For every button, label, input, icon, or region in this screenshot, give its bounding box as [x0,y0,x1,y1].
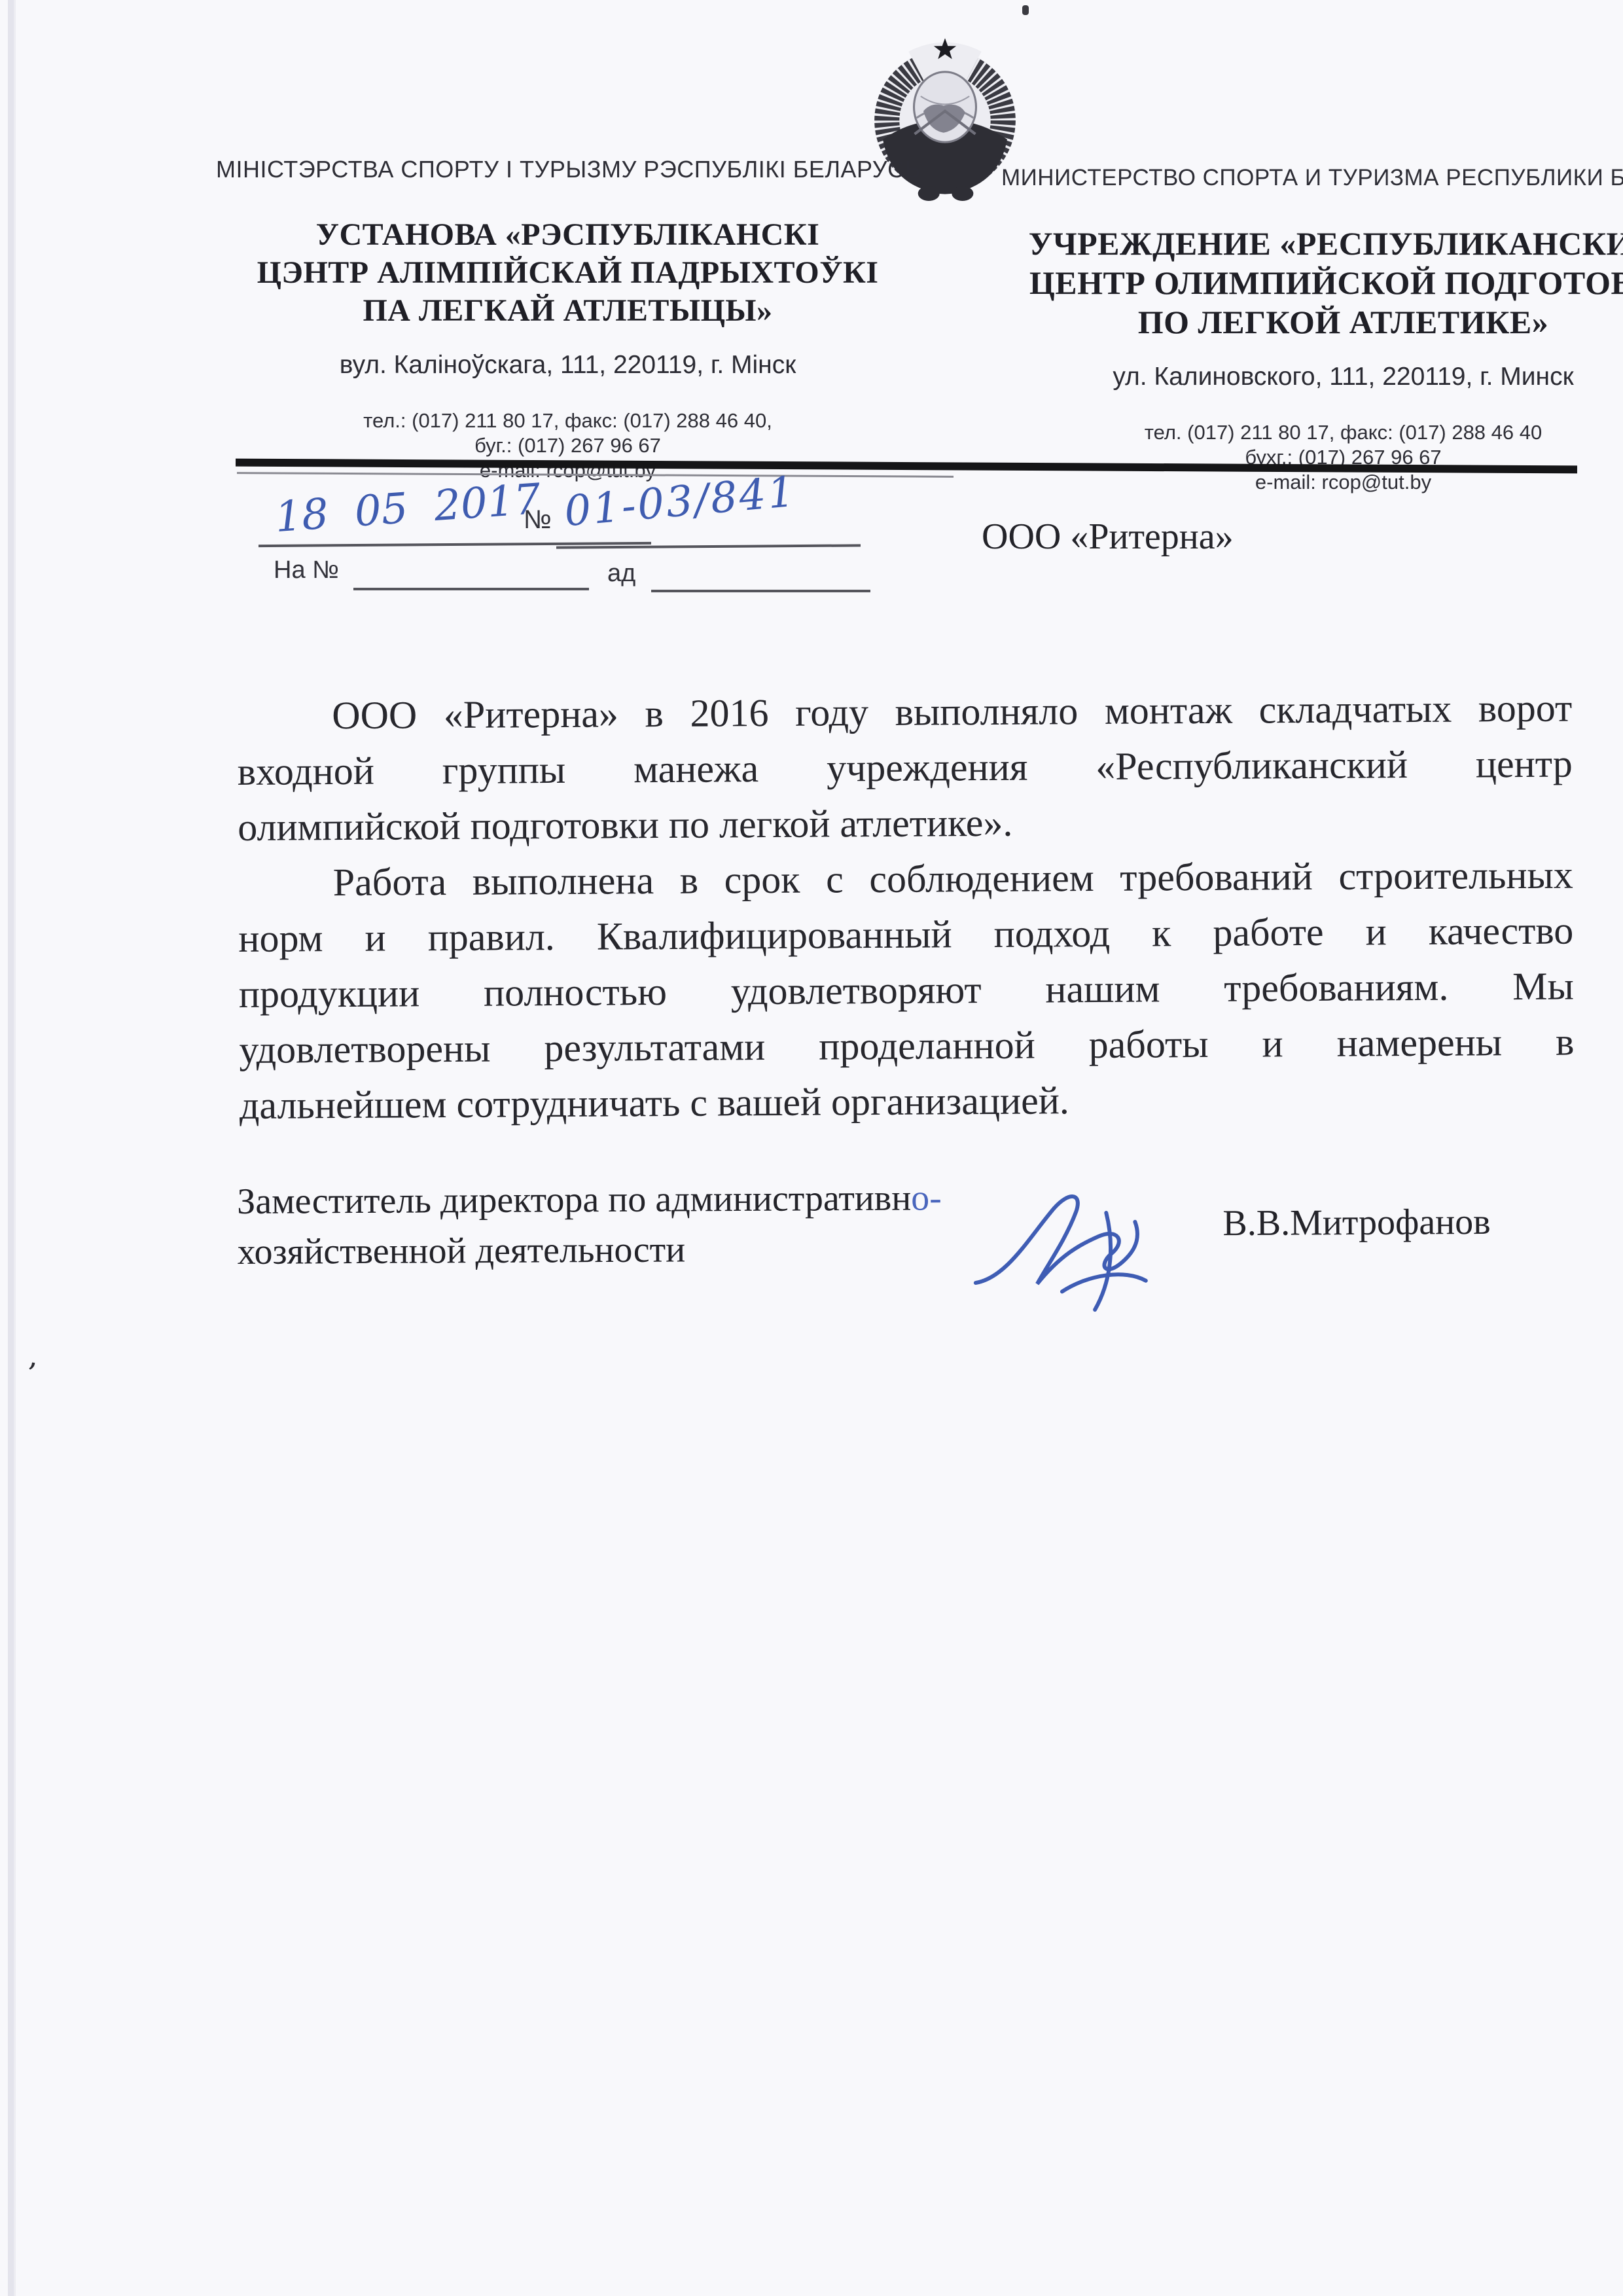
letterhead-left-column: МІНІСТЭРСТВА СПОРТУ І ТУРЫЗМУ РЭСПУБЛІКІ… [216,156,919,483]
body-line: удовлетворены результатами проделанной р… [239,1014,1574,1078]
contacts-ru: тел. (017) 211 80 17, факс: (017) 288 46… [1001,420,1623,495]
ministry-line-ru: МИНИСТЕРСТВО СПОРТА И ТУРИЗМА РЕСПУБЛИКИ… [1001,165,1623,191]
ink-speck-margin: ’ [24,1355,38,1392]
handwritten-date: 18 05 2017 [274,475,543,542]
email-line: e-mail: rcop@tut.by [1001,470,1623,495]
handwritten-signature [970,1178,1193,1323]
scan-edge-artifact [8,0,14,2296]
accounting-phone-line: буг.: (017) 267 96 67 [216,433,919,458]
body-line: ООО «Ритерна» в 2016 году выполняло монт… [237,681,1572,744]
recipient-name: ООО «Ритерна» [982,516,1234,558]
org-line: ПО ЛЕГКОЙ АТЛЕТИКЕ» [1001,302,1623,342]
ministry-line-by: МІНІСТЭРСТВА СПОРТУ І ТУРЫЗМУ РЭСПУБЛІКІ… [216,156,919,183]
scanned-letter-page: МІНІСТЭРСТВА СПОРТУ І ТУРЫЗМУ РЭСПУБЛІКІ… [0,0,1623,2296]
letterhead-right-column: МИНИСТЕРСТВО СПОРТА И ТУРИЗМА РЕСПУБЛИКИ… [1001,165,1623,495]
phone-fax-line: тел.: (017) 211 80 17, факс: (017) 288 4… [216,408,919,433]
organization-name-ru: УЧРЕЖДЕНИЕ «РЕСПУБЛИКАНСКИЙ ЦЕНТР ОЛИМПИ… [1001,224,1623,342]
body-line: дальнейшем сотрудничать с вашей организа… [240,1070,1575,1134]
reply-from-date-label: ад [607,560,635,588]
number-underline [556,544,861,548]
address-line-by: вул. Каліноўскага, 111, 220119, г. Мінск [216,351,919,380]
body-line: олимпийской подготовки по легкой атлетик… [238,792,1573,855]
number-sign-label: № [524,505,552,535]
signer-name: В.В.Митрофанов [1222,1201,1491,1244]
phone-fax-line: тел. (017) 211 80 17, факс: (017) 288 46… [1001,420,1623,445]
signer-title-blue-fragment: о- [911,1177,942,1218]
reply-to-number-label: На № [274,556,339,584]
letter-body: ООО «Ритерна» в 2016 году выполняло монт… [237,681,1575,1134]
signer-title-black: Заместитель директора по административн [237,1178,911,1222]
org-line: УЧРЕЖДЕНИЕ «РЕСПУБЛИКАНСКИЙ [1001,224,1623,263]
reply-number-underline [353,588,589,590]
organization-name-by: УСТАНОВА «РЭСПУБЛІКАНСКІ ЦЭНТР АЛІМПІЙСК… [216,216,919,330]
reply-date-underline [651,590,870,592]
address-line-ru: ул. Калиновского, 111, 220119, г. Минск [1001,363,1623,391]
body-line: Работа выполнена в срок с соблюдением тр… [238,848,1573,911]
signature-block: Заместитель директора по административно… [237,1170,1573,1278]
scan-edge-artifact-2 [14,0,16,2296]
org-line: УСТАНОВА «РЭСПУБЛІКАНСКІ [216,216,919,254]
body-line: входной группы манежа учреждения «Респуб… [238,736,1573,800]
body-line: норм и правил. Квалифицированный подход … [238,903,1573,967]
org-line: ЦЕНТР ОЛИМПИЙСКОЙ ПОДГОТОВК [1001,263,1623,302]
org-line: ЦЭНТР АЛІМПІЙСКАЙ ПАДРЫХТОЎКІ [216,254,919,292]
ink-speck-top [1022,5,1029,15]
org-line: ПА ЛЕГКАЙ АТЛЕТЫЦЫ» [216,292,919,330]
body-line: продукции полностью удовлетворяют нашим … [239,959,1574,1022]
